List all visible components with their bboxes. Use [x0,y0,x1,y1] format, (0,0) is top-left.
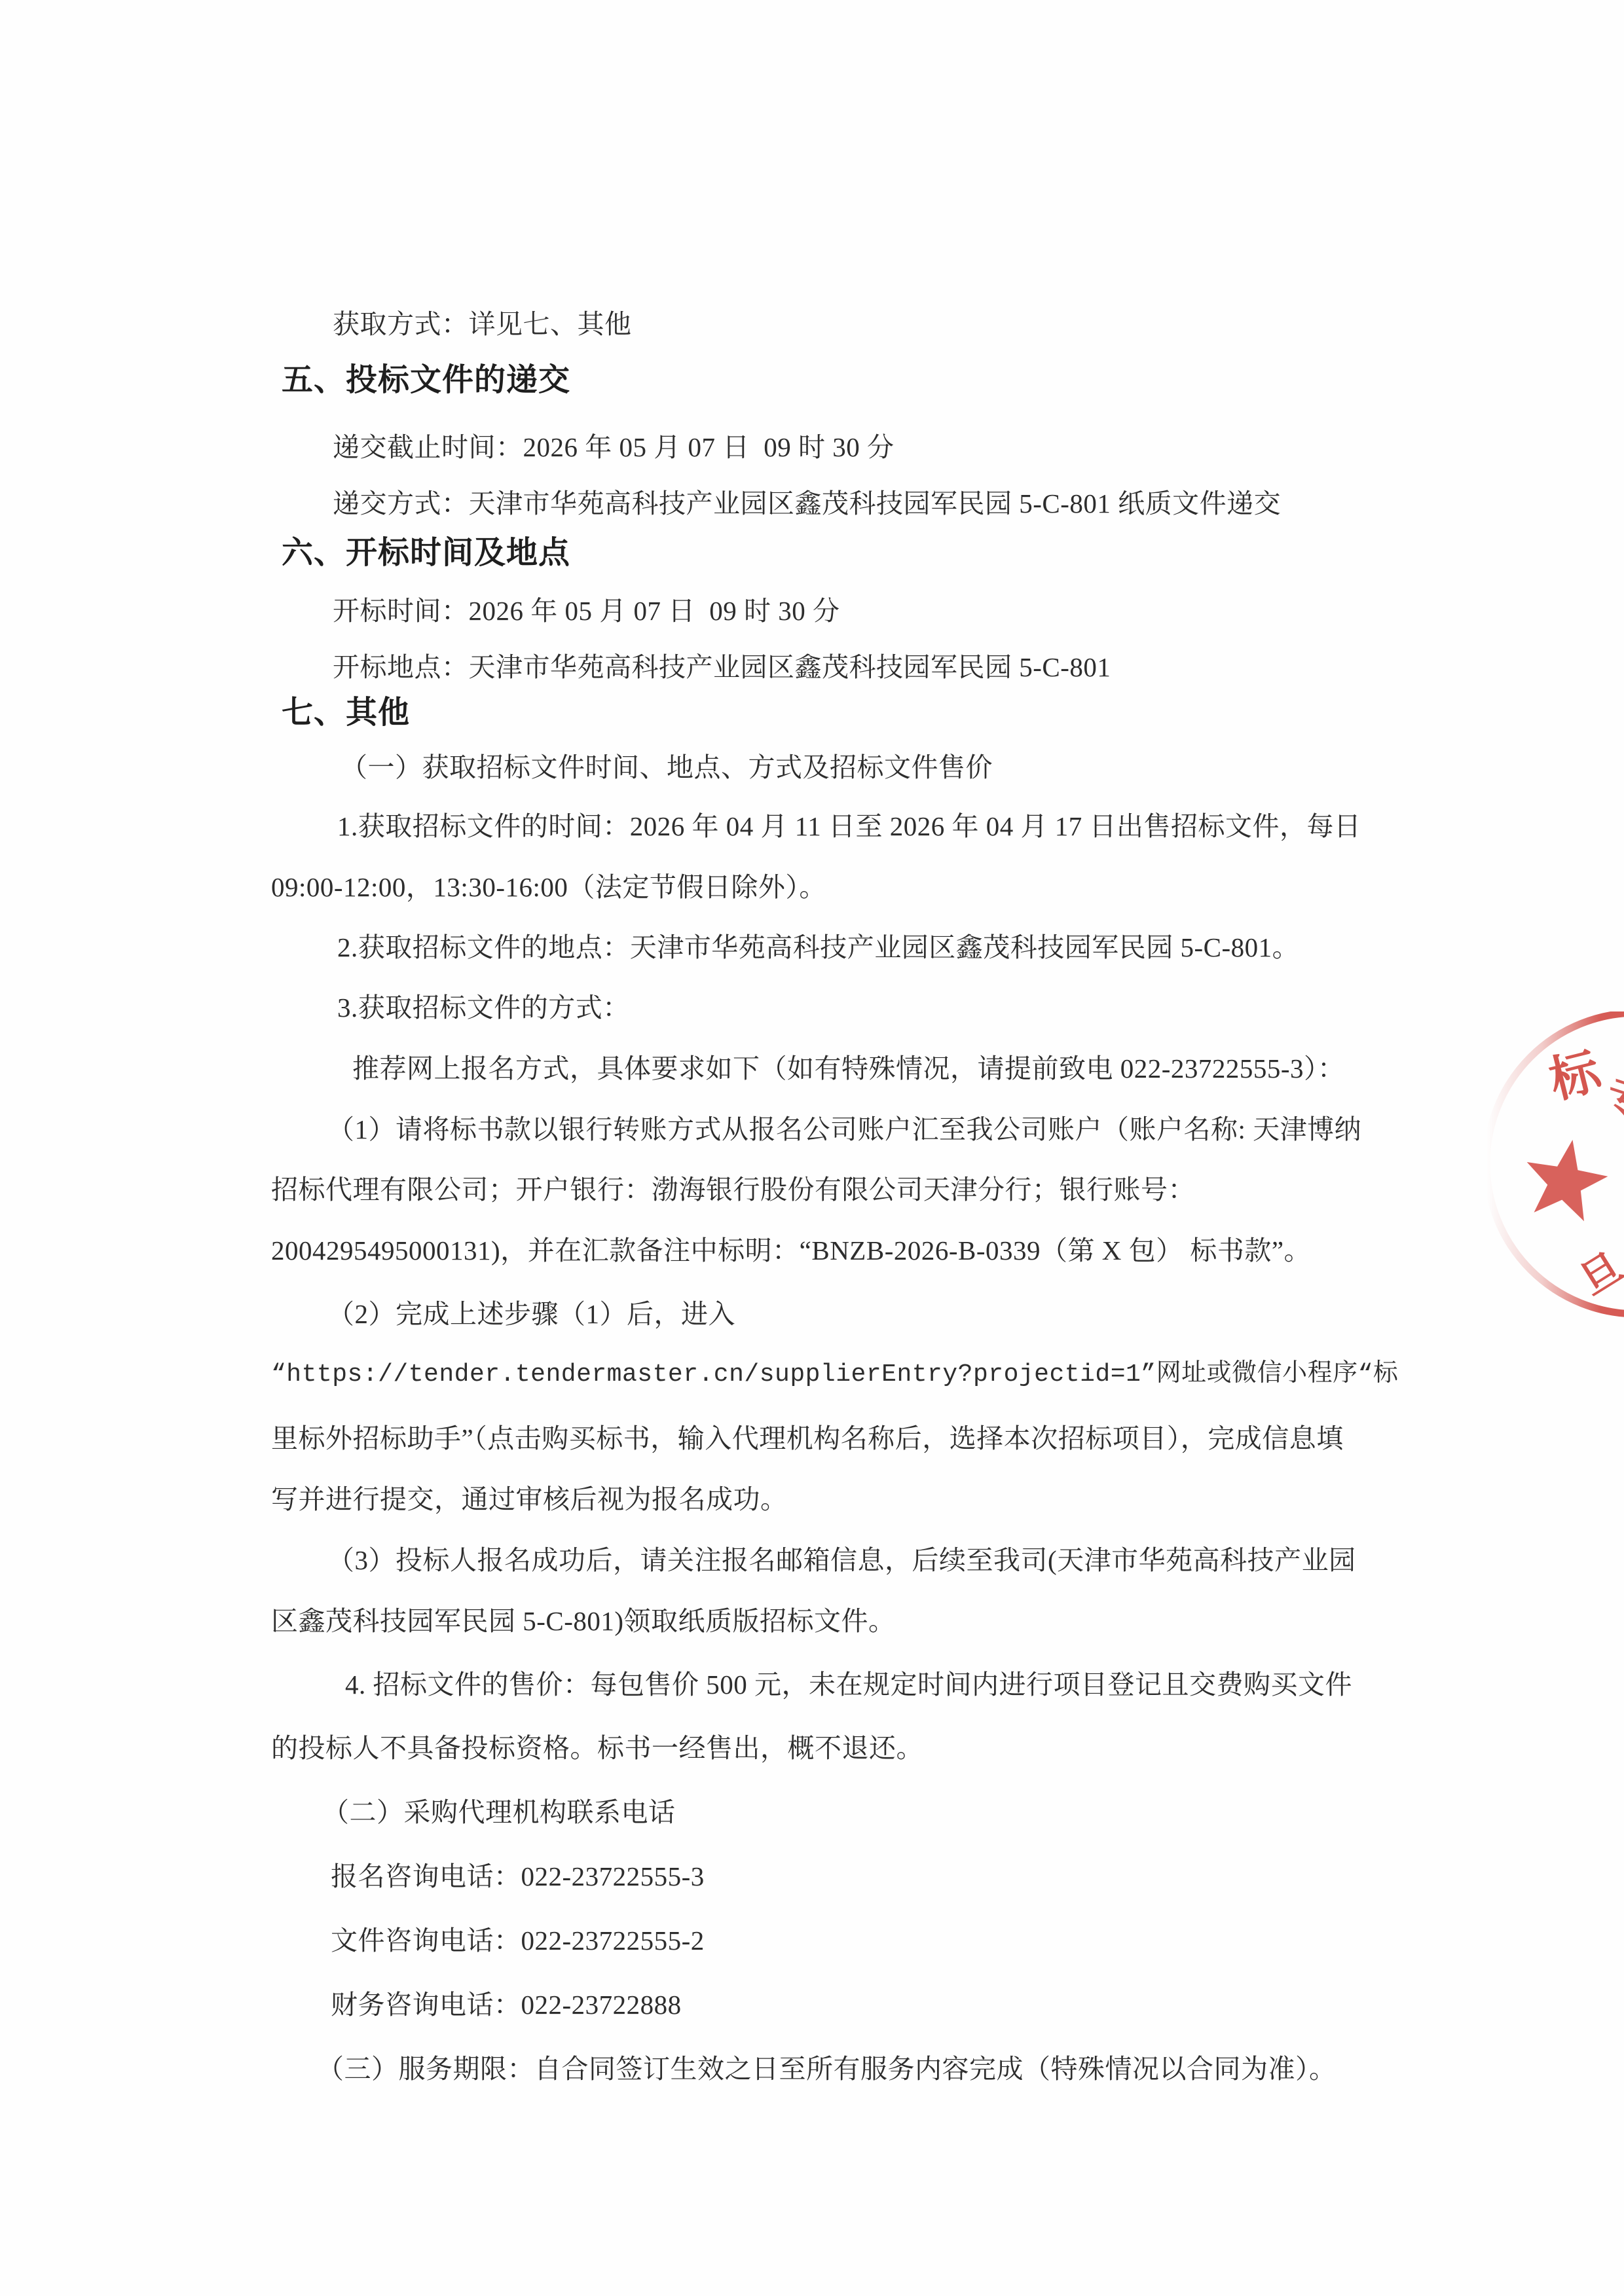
line-step2-part3: 写并进行提交，通过审核后视为报名成功。 [271,1483,788,1516]
line-sub1-heading: （一）获取招标文件时间、地点、方式及招标文件售价 [341,751,993,784]
line-online-signup-note: 推荐网上报名方式，具体要求如下（如有特殊情况，请提前致电 022-2372255… [352,1052,1345,1085]
line-step3-part1: （3）投标人报名成功后，请关注报名邮箱信息，后续至我司(天津市华苑高科技产业园 [327,1544,1356,1577]
seal-ring [1486,1013,1624,1314]
line-doc-price-part1: 4. 招标文件的售价：每包售价 500 元，未在规定时间内进行项目登记且交费购买… [345,1668,1352,1702]
document-page: 获取方式：详见七、其他 五、投标文件的递交 递交截止时间：2026 年 05 月… [0,0,1624,2296]
line-step2-part2: 里标外招标助手”（点击购买标书，输入代理机构名称后，选择本次招标项目），完成信息… [271,1422,1344,1455]
star-icon [1519,1133,1613,1224]
line-phone-signup: 报名咨询电话：022-23722555-3 [331,1860,705,1893]
line-submission-method: 递交方式：天津市华苑高科技产业园区鑫茂科技园军民园 5-C-801 纸质文件递交 [333,487,1281,520]
line-step2-part1: （2）完成上述步骤（1）后，进入 [327,1298,735,1331]
line-sub2-heading: （二）采购代理机构联系电话 [322,1796,676,1829]
line-submission-deadline: 递交截止时间：2026 年 05 月 07 日 09 时 30 分 [333,431,895,464]
line-phone-finance: 财务咨询电话：022-23722888 [331,1988,682,2022]
line-step1-part2: 招标代理有限公司；开户银行：渤海银行股份有限公司天津分行；银行账号： [271,1173,1195,1207]
heading-section-5: 五、投标文件的递交 [282,361,570,399]
line-step1-part3: 2004295495000131)，并在汇款备注中标明：“BNZB-2026-B… [271,1234,1311,1267]
line-step2-url: “https://tender.tendermaster.cn/supplier… [271,1359,1398,1391]
seal-char-bottom: 旦 [1573,1245,1624,1304]
line-doc-time-part2: 09:00-12:00，13:30-16:00（法定节假日除外）。 [271,871,826,904]
line-doc-place: 2.获取招标文件的地点：天津市华苑高科技产业园区鑫茂科技园军民园 5-C-801… [337,931,1299,964]
line-step1-part1: （1）请将标书款以银行转账方式从报名公司账户汇至我公司账户（账户名称: 天津博纳 [327,1113,1361,1146]
seal-char-side: 专 [1599,1070,1624,1133]
line-phone-document: 文件咨询电话：022-23722555-2 [331,1924,705,1958]
heading-section-6: 六、开标时间及地点 [282,534,570,572]
line-sub3-service-term: （三）服务期限：自合同签订生效之日至所有服务内容完成（特殊情况以合同为准）。 [317,2052,1337,2086]
line-doc-time-part1: 1.获取招标文件的时间：2026 年 04 月 11 日至 2026 年 04 … [337,810,1361,843]
line-opening-time: 开标时间：2026 年 05 月 07 日 09 时 30 分 [333,594,840,628]
line-acquire-method: 获取方式：详见七、其他 [333,308,632,341]
red-seal: 标 专 旦 [1467,1011,1624,1326]
line-doc-price-part2: 的投标人不具备投标资格。标书一经售出，概不退还。 [271,1732,923,1765]
line-opening-place: 开标地点：天津市华苑高科技产业园区鑫茂科技园军民园 5-C-801 [333,651,1111,684]
seal-char-top: 标 [1544,1043,1608,1109]
line-step3-part2: 区鑫茂科技园军民园 5-C-801)领取纸质版招标文件。 [271,1605,896,1638]
line-doc-method: 3.获取招标文件的方式： [337,991,630,1025]
heading-section-7: 七、其他 [282,694,410,732]
